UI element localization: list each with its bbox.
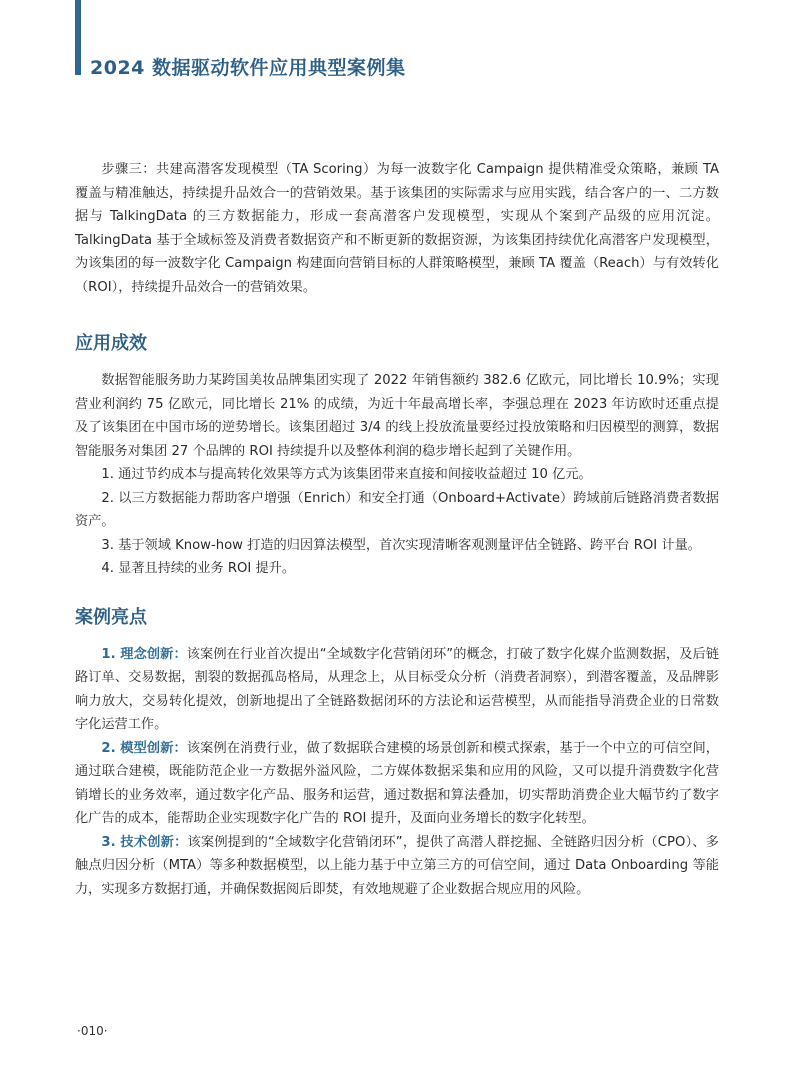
highlight-label: 2. 模型创新： xyxy=(101,741,186,756)
section-heading-results: 应用成效 xyxy=(75,329,719,359)
section-heading-highlights: 案例亮点 xyxy=(75,603,719,633)
results-item-2: 2. 以三方数据能力帮助客户增强（Enrich）和安全打通（Onboard+Ac… xyxy=(75,487,719,534)
step3-paragraph: 步骤三：共建高潜客发现模型（TA Scoring）为每一波数字化 Campaig… xyxy=(75,158,719,299)
highlight-label: 1. 理念创新： xyxy=(101,647,186,662)
highlight-label: 3. 技术创新： xyxy=(101,835,187,850)
document-header-title: 2024 数据驱动软件应用典型案例集 xyxy=(90,53,406,80)
results-item-4: 4. 显著且持续的业务 ROI 提升。 xyxy=(75,557,719,581)
highlight-item-3: 3. 技术创新：该案例提到的“全域数字化营销闭环”，提供了高潜人群挖掘、全链路归… xyxy=(75,831,719,902)
results-item-3: 3. 基于领域 Know-how 打造的归因算法模型，首次实现清晰客观测量评估全… xyxy=(75,534,719,558)
page-content: 步骤三：共建高潜客发现模型（TA Scoring）为每一波数字化 Campaig… xyxy=(75,158,719,901)
highlight-item-2: 2. 模型创新：该案例在消费行业，做了数据联合建模的场景创新和模式探索，基于一个… xyxy=(75,737,719,831)
page-number: ·010· xyxy=(77,1024,108,1038)
highlight-item-1: 1. 理念创新：该案例在行业首次提出“全域数字化营销闭环”的概念，打破了数字化媒… xyxy=(75,643,719,737)
results-intro: 数据智能服务助力某跨国美妆品牌集团实现了 2022 年销售额约 382.6 亿欧… xyxy=(75,369,719,463)
results-item-1: 1. 通过节约成本与提高转化效果等方式为该集团带来直接和间接收益超过 10 亿元… xyxy=(75,463,719,487)
header-accent-bar xyxy=(75,0,81,75)
